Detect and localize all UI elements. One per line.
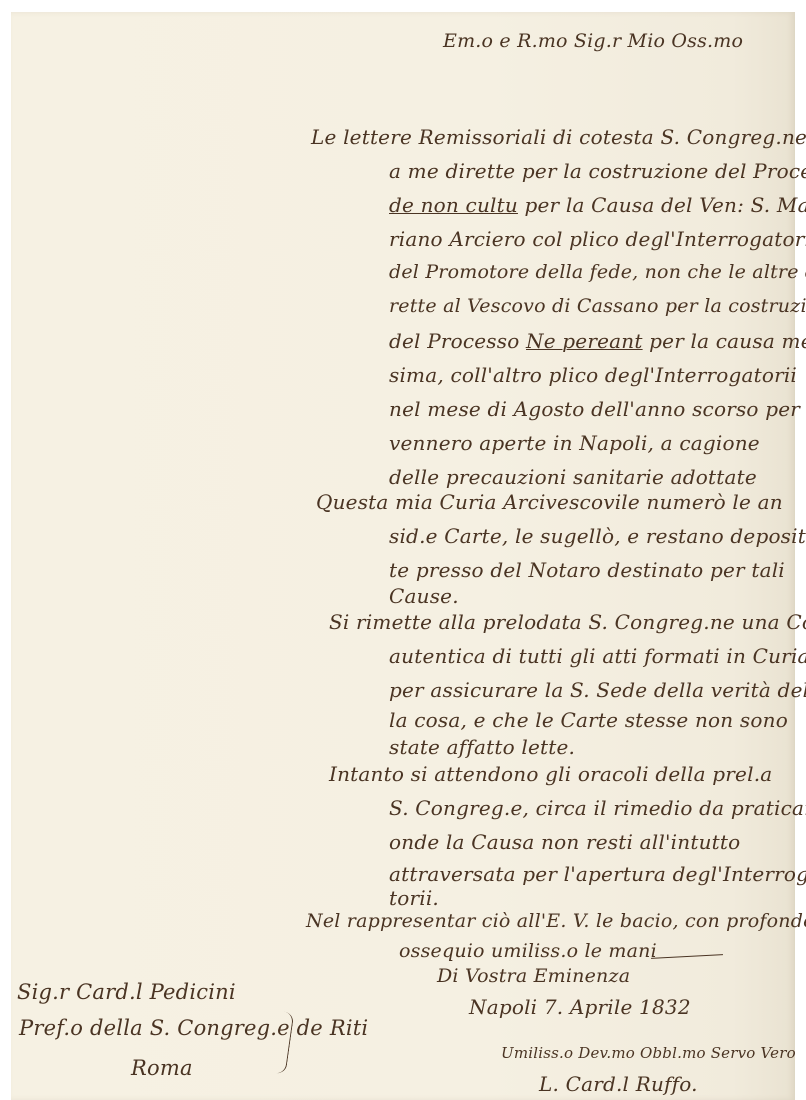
body-line: riano Arciero col plico degl'Interrogato… — [389, 227, 806, 251]
body-line: sid.e Carte, le sugellò, e restano depos… — [389, 524, 806, 548]
body-line: Cause. — [389, 584, 459, 608]
closing-line: Di Vostra Eminenza — [437, 965, 630, 987]
flourish-line — [651, 954, 723, 959]
body-line: sima, coll'altro plico degl'Interrogator… — [389, 363, 797, 387]
body-line: la cosa, e che le Carte stesse non sono — [389, 708, 788, 732]
body-line-rest: per la causa mede — [643, 329, 806, 353]
body-line: de non cultu per la Causa del Ven: S. Ma — [389, 193, 806, 217]
body-line: Si rimette alla prelodata S. Congreg.ne … — [329, 610, 806, 634]
body-line: autentica di tutti gli atti formati in C… — [389, 644, 806, 668]
body-line: del Processo Ne pereant per la causa med… — [389, 329, 806, 353]
body-line: a me dirette per la costruzione del Proc… — [389, 159, 806, 183]
body-line: S. Congreg.e, circa il rimedio da pratic… — [389, 796, 806, 820]
addressee-title: Pref.o della S. Congreg.e de Riti — [19, 1016, 368, 1040]
signature: L. Card.l Ruffo. — [539, 1072, 698, 1096]
body-line: te presso del Notaro destinato per tali — [389, 558, 785, 582]
body-line-rest: per la Causa del Ven: S. Ma — [518, 193, 806, 217]
body-line: per assicurare la S. Sede della verità d… — [389, 678, 806, 702]
addressee-name: Sig.r Card.l Pedicini — [17, 980, 236, 1004]
body-line: del Promotore della fede, non che le alt… — [389, 261, 806, 283]
underlined-phrase: de non cultu — [389, 193, 518, 217]
closing-formula: Umiliss.o Dev.mo Obbl.mo Servo Vero — [501, 1044, 796, 1062]
underlined-phrase: Ne pereant — [526, 329, 643, 353]
body-line: Intanto si attendono gli oracoli della p… — [329, 762, 772, 786]
body-line: state affatto lette. — [389, 735, 575, 759]
salutation: Em.o e R.mo Sig.r Mio Oss.mo — [443, 30, 743, 52]
body-line: torii. — [389, 886, 439, 910]
body-line: Le lettere Remissoriali di cotesta S. Co… — [311, 125, 806, 149]
body-line: nel mese di Agosto dell'anno scorso per — [389, 397, 800, 421]
addressee-city: Roma — [131, 1056, 193, 1080]
body-line: onde la Causa non resti all'intutto — [389, 830, 740, 854]
body-line: rette al Vescovo di Cassano per la costr… — [389, 295, 806, 317]
body-line: attraversata per l'apertura degl'Interro… — [389, 862, 806, 886]
body-line: ossequio umiliss.o le mani — [399, 940, 657, 962]
body-line-start: del Processo — [389, 329, 526, 353]
letter-page: Em.o e R.mo Sig.r Mio Oss.mo Le lettere … — [11, 12, 795, 1100]
body-line: delle precauzioni sanitarie adottate — [389, 465, 757, 489]
body-line: vennero aperte in Napoli, a cagione — [389, 431, 760, 455]
body-line: Nel rappresentar ciò all'E. V. le bacio,… — [306, 910, 806, 932]
body-line: Questa mia Curia Arcivescovile numerò le… — [316, 490, 783, 514]
place-date: Napoli 7. Aprile 1832 — [469, 995, 691, 1019]
